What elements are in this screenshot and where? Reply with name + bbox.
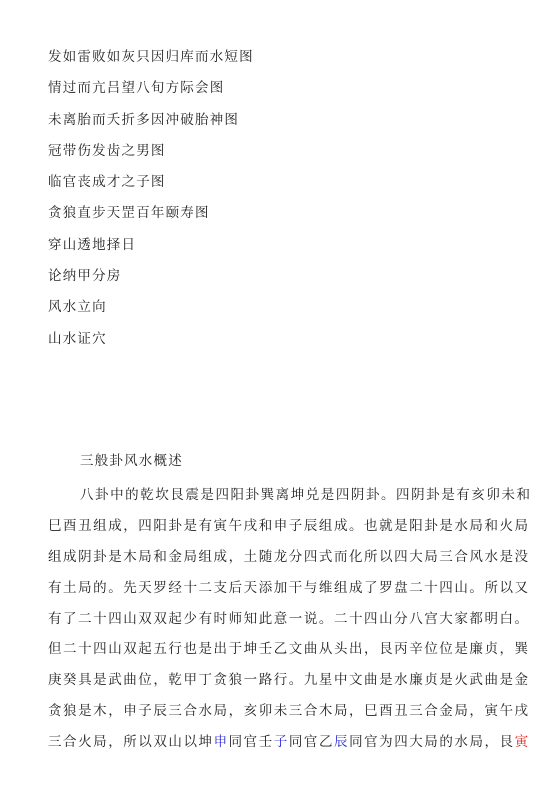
- section-heading: 三般卦风水概述: [80, 450, 183, 472]
- toc-item[interactable]: 论纳甲分房: [48, 261, 254, 292]
- paragraph-line-highlighted: 三合火局，所以双山以坤申同官壬子同官乙辰同官为四大局的水局，艮寅: [48, 727, 496, 758]
- section-paragraph: 八卦中的乾坎艮震是四阳卦巽离坤兑是四阴卦。四阴卦是有亥卯未和 巳酉丑组成，四阳卦…: [48, 480, 496, 758]
- text-segment: 同官壬: [229, 734, 274, 750]
- highlight-blue-char: 子: [274, 734, 289, 750]
- toc-item[interactable]: 未离胎而夭折多因冲破胎神图: [48, 105, 254, 136]
- toc-item[interactable]: 临官丧成才之子图: [48, 167, 254, 198]
- highlight-blue-char: 辰: [334, 734, 349, 750]
- document-page: 发如雷败如灰只因归库而水短图 情过而亢吕望八旬方际会图 未离胎而夭折多因冲破胎神…: [0, 0, 554, 811]
- toc-item[interactable]: 情过而亢吕望八旬方际会图: [48, 73, 254, 104]
- paragraph-line: 但二十四山双起五行也是出于坤壬乙文曲从头出，艮丙辛位位是廉贞，巽: [48, 634, 496, 665]
- text-segment: 同官乙: [289, 734, 334, 750]
- paragraph-line: 八卦中的乾坎艮震是四阳卦巽离坤兑是四阴卦。四阴卦是有亥卯未和: [48, 480, 496, 511]
- paragraph-line: 组成阴卦是木局和金局组成，土随龙分四式而化所以四大局三合风水是没: [48, 542, 496, 573]
- paragraph-line: 庚癸具是武曲位，乾甲丁贪狼一路行。九星中文曲是水廉贞是火武曲是金: [48, 665, 496, 696]
- highlight-blue-char: 申: [214, 734, 229, 750]
- text-segment: 三合火局，所以双山以坤: [48, 734, 214, 750]
- text-segment: 同官为四大局的水局，艮: [349, 734, 515, 750]
- table-of-contents: 发如雷败如灰只因归库而水短图 情过而亢吕望八旬方际会图 未离胎而夭折多因冲破胎神…: [48, 42, 254, 355]
- paragraph-line: 巳酉丑组成，四阳卦是有寅午戌和申子辰组成。也就是阳卦是水局和火局: [48, 511, 496, 542]
- paragraph-line: 有土局的。先天罗经十二支后天添加干与维组成了罗盘二十四山。所以又: [48, 573, 496, 604]
- toc-item[interactable]: 冠带伤发齿之男图: [48, 136, 254, 167]
- toc-item[interactable]: 发如雷败如灰只因归库而水短图: [48, 42, 254, 73]
- toc-item[interactable]: 山水证穴: [48, 324, 254, 355]
- paragraph-line: 贪狼是木，申子辰三合水局，亥卯未三合木局，巳酉丑三合金局，寅午戌: [48, 696, 496, 727]
- toc-item[interactable]: 贪狼直步天罡百年颐寿图: [48, 198, 254, 229]
- paragraph-line: 有了二十四山双双起少有时师知此意一说。二十四山分八宫大家都明白。: [48, 604, 496, 635]
- highlight-red-char: 寅: [515, 734, 530, 750]
- toc-item[interactable]: 穿山透地择日: [48, 230, 254, 261]
- toc-item[interactable]: 风水立向: [48, 292, 254, 323]
